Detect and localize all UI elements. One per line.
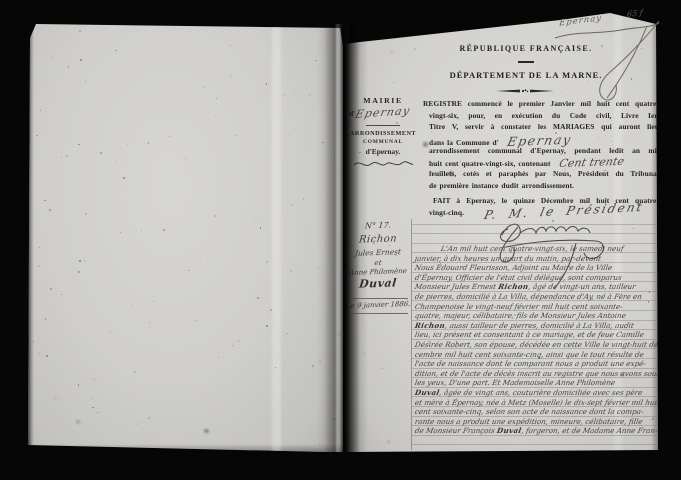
- paper-speck: [61, 157, 62, 158]
- heading-rule: [518, 61, 534, 63]
- paper-speck: [393, 82, 394, 83]
- paper-speck: [78, 271, 80, 273]
- paper-speck: [230, 371, 231, 372]
- paper-speck: [312, 365, 314, 367]
- paper-speck: [76, 420, 80, 424]
- paper-speck: [36, 135, 37, 136]
- paper-speck: [33, 341, 34, 342]
- paper-speck: [49, 209, 51, 211]
- paper-speck: [98, 262, 99, 263]
- paper-speck: [236, 135, 237, 136]
- annotation-note: 65 f: [627, 8, 644, 19]
- paper-speck: [148, 142, 150, 144]
- left-page: [28, 22, 343, 454]
- paper-speck: [120, 232, 121, 233]
- mairie-commune-handwritten: Epernay: [354, 104, 411, 121]
- paper-speck: [44, 200, 46, 202]
- paper-speck: [218, 357, 219, 358]
- act-line: L'An mil huit cent quatre-vingt-six, le …: [440, 244, 624, 254]
- act-line: Désirée Robert, son épouse, décédée en c…: [414, 340, 661, 350]
- paper-speck: [650, 419, 651, 420]
- paper-speck: [387, 441, 390, 444]
- paper-speck: [291, 204, 293, 206]
- page-fold-highlight: [272, 22, 281, 454]
- paper-speck: [216, 98, 217, 99]
- paper-speck: [61, 294, 62, 295]
- paper-speck: [303, 198, 305, 200]
- paper-speck: [172, 116, 173, 117]
- act-line: lieu, ici présent et consentant à ce mar…: [414, 330, 645, 340]
- paper-speck: [266, 83, 268, 85]
- paper-speck: [261, 223, 263, 224]
- paper-speck: [293, 89, 294, 90]
- act-line: les yeux, D'une part. Et Mademoiselle An…: [414, 378, 616, 388]
- paper-speck: [266, 261, 268, 263]
- paper-speck: [188, 270, 189, 271]
- paper-speck: [309, 121, 310, 122]
- paper-speck: [266, 325, 268, 327]
- paper-speck: [77, 400, 78, 401]
- stamp-rule: [366, 125, 400, 126]
- paper-speck: [169, 136, 170, 137]
- paper-speck: [40, 110, 41, 111]
- paper-speck: [230, 45, 231, 46]
- paper-speck: [237, 190, 238, 191]
- paper-speck: [257, 297, 259, 299]
- paper-speck: [134, 371, 136, 373]
- paper-speck: [652, 418, 654, 420]
- paper-speck: [389, 245, 390, 246]
- paper-speck: [109, 331, 111, 333]
- paper-speck: [79, 260, 80, 261]
- paper-speck: [84, 260, 85, 261]
- paper-speck: [35, 145, 36, 146]
- paper-speck: [124, 76, 126, 78]
- paper-speck: [214, 215, 216, 217]
- ruled-line: [412, 224, 656, 225]
- paper-speck: [270, 309, 272, 311]
- paper-speck: [66, 155, 68, 157]
- registre-line: de première instance dudit arrondissemen…: [423, 180, 659, 192]
- paper-speck: [115, 50, 116, 51]
- paper-speck: [78, 144, 79, 145]
- paper-speck: [137, 423, 139, 425]
- paper-speck: [319, 360, 321, 362]
- paper-speck: [285, 367, 286, 368]
- paper-speck: [127, 144, 128, 145]
- printed-text: vingt-cinq.: [429, 207, 464, 219]
- paper-speck: [153, 301, 154, 302]
- paper-speck: [459, 23, 460, 24]
- paper-speck: [203, 86, 205, 88]
- paper-speck: [122, 185, 123, 186]
- paper-speck: [92, 407, 94, 409]
- paper-speck: [123, 177, 125, 179]
- printed-text: Titre V, servir à constater les MARIAGES…: [429, 121, 659, 133]
- paper-speck: [134, 397, 135, 398]
- paper-speck: [100, 152, 102, 154]
- paper-speck: [141, 230, 142, 231]
- paper-speck: [46, 355, 48, 357]
- registre-line: Titre V, servir à constater les MARIAGES…: [423, 121, 659, 133]
- paper-speck: [215, 116, 216, 117]
- stamp-squiggle-ornament: [352, 159, 414, 169]
- paper-speck: [221, 143, 222, 144]
- act-line: quatre, majeur, célibataire, fils de Mon…: [414, 311, 627, 321]
- paper-speck: [315, 60, 316, 61]
- printed-text: feuillets, cotés et paraphés par Nous, P…: [429, 168, 659, 180]
- act-line: de Monsieur François Duval, forgeron, et…: [414, 426, 658, 436]
- paper-speck: [382, 368, 383, 369]
- paper-speck: [106, 173, 108, 175]
- handwritten-insertion: Epernay: [506, 132, 573, 149]
- paper-speck: [80, 59, 82, 61]
- act-line: de pierres, domicilié à La Villa, dépend…: [414, 292, 643, 302]
- register-scan: RÉPUBLIQUE FRANÇAISE. DÉPARTEMENT DE LA …: [0, 0, 681, 480]
- paper-speck: [187, 82, 188, 83]
- paper-speck: [50, 288, 52, 290]
- book-gutter: [324, 24, 360, 452]
- paper-speck: [390, 51, 393, 54]
- paper-speck: [52, 57, 53, 58]
- paper-speck: [120, 214, 121, 215]
- paper-speck: [286, 333, 287, 334]
- act-line: Nous Édouard Fleurisson, Adjoint au Mair…: [414, 263, 613, 273]
- paper-speck: [260, 227, 261, 228]
- paper-speck: [74, 432, 75, 433]
- paper-speck: [648, 301, 650, 303]
- printed-text: de première instance dudit arrondissemen…: [429, 180, 574, 192]
- paper-speck: [45, 318, 46, 319]
- paper-speck: [203, 213, 204, 214]
- act-line: cent soixante-cinq, selon son acte de na…: [414, 407, 644, 417]
- paper-speck: [38, 353, 40, 355]
- paper-speck: [47, 100, 49, 102]
- paper-speck: [60, 210, 61, 211]
- page-edge-shadow: [28, 22, 34, 454]
- page-edge-shadow: [28, 444, 343, 454]
- paper-speck: [230, 75, 233, 77]
- paper-speck: [414, 48, 416, 50]
- paper-speck: [60, 398, 61, 399]
- paper-speck: [318, 268, 319, 269]
- paper-speck: [78, 384, 80, 386]
- paper-speck: [232, 345, 233, 346]
- registre-line: feuillets, cotés et paraphés par Nous, P…: [423, 168, 659, 180]
- paper-speck: [54, 397, 56, 399]
- paper-speck: [238, 340, 239, 341]
- paper-speck: [255, 221, 257, 223]
- top-right-annotation: Epernay 65 f: [545, 6, 681, 116]
- paper-speck: [200, 261, 201, 262]
- paper-speck: [149, 322, 150, 323]
- paper-speck: [284, 95, 285, 96]
- paper-speck: [91, 398, 92, 399]
- paper-speck: [131, 305, 132, 306]
- act-line: Monsieur Jules Ernest Richon, âgé de vin…: [414, 282, 636, 292]
- paper-speck: [186, 171, 187, 172]
- paper-speck: [309, 95, 310, 96]
- paper-speck: [196, 320, 197, 321]
- paper-speck: [85, 81, 86, 82]
- paper-speck: [39, 247, 40, 248]
- registre-line: dans la Commune d'Epernay: [423, 133, 659, 145]
- paper-speck: [97, 412, 98, 413]
- act-line: Duval, âgée de vingt ans, couturière dom…: [414, 388, 643, 398]
- paper-speck: [275, 367, 276, 368]
- paper-speck: [290, 270, 292, 272]
- paper-speck: [469, 20, 470, 21]
- paper-speck: [185, 158, 186, 159]
- paper-speck: [79, 30, 81, 32]
- paper-speck: [38, 265, 40, 267]
- paper-speck: [289, 135, 290, 136]
- paper-speck: [85, 213, 87, 215]
- paper-speck: [68, 66, 69, 67]
- paper-speck: [115, 160, 116, 161]
- ruled-line: [412, 233, 656, 234]
- paper-speck: [257, 328, 258, 329]
- paper-speck: [148, 417, 150, 419]
- paper-speck: [94, 379, 95, 380]
- paper-speck: [163, 229, 165, 231]
- act-line: l'acte de naissance dont le comparant no…: [414, 359, 647, 369]
- ruled-line: [412, 444, 656, 445]
- paper-speck: [168, 332, 170, 333]
- paper-speck: [204, 429, 209, 433]
- paper-speck: [132, 111, 133, 112]
- paper-speck: [633, 228, 634, 229]
- registre-line: huit cent quatre-vingt-six, contenantCen…: [423, 156, 659, 168]
- paper-speck: [292, 158, 293, 159]
- paper-speck: [109, 340, 110, 341]
